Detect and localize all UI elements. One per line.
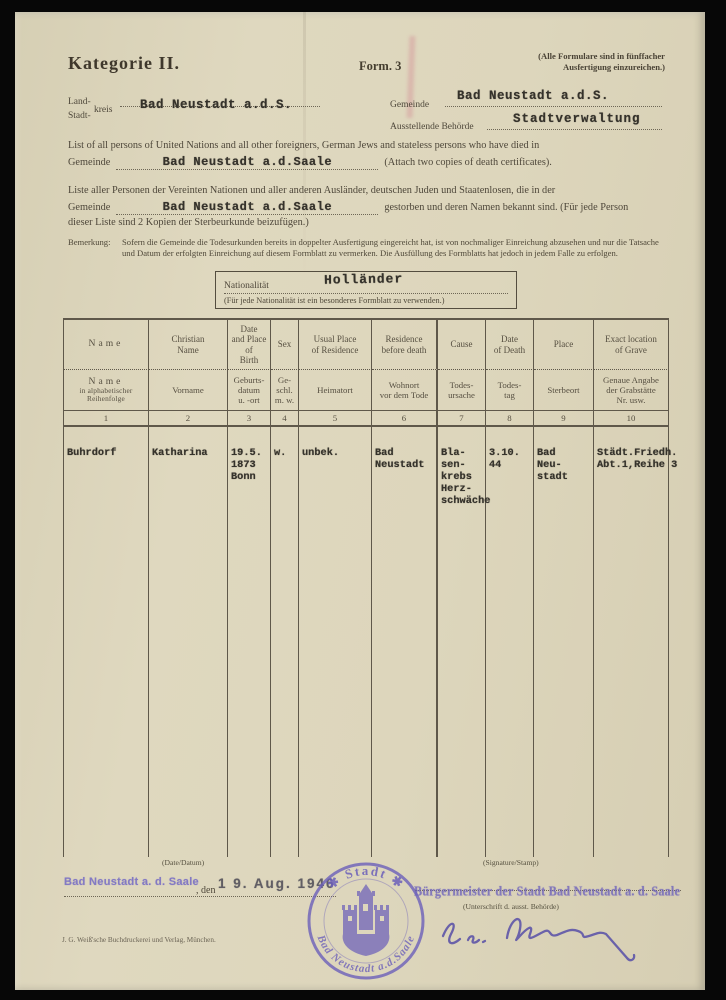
intro-english: List of all persons of United Nations an…	[68, 138, 664, 170]
date-datum-label: (Date/Datum)	[162, 858, 204, 867]
kreis-value: Bad Neustadt a.d.S.	[140, 98, 292, 112]
entry-sex: w.	[274, 447, 286, 459]
entry-death-place: Bad Neu- stadt	[537, 447, 568, 483]
header-num-cell: 4	[271, 411, 299, 427]
header-en-cell: Cause	[438, 320, 486, 370]
category-title: Kategorie II.	[68, 53, 180, 74]
nationality-value: Holländer	[324, 271, 403, 287]
intro-english-line1: List of all persons of United Nations an…	[68, 138, 664, 153]
gemeinde-value: Bad Neustadt a.d.S.	[457, 89, 609, 103]
form-document-paper: Kategorie II. Form. 3 (Alle Formulare si…	[15, 12, 705, 990]
printer-imprint: J. G. Weiß'sche Buchdruckerei und Verlag…	[62, 936, 216, 944]
intro-english-gemeinde-label: Gemeinde	[68, 155, 110, 170]
signature-stamp-label: (Signature/Stamp)	[483, 858, 539, 867]
intro-german-line3: dieser Liste sind 2 Kopien der Sterbeurk…	[68, 215, 664, 230]
intro-english-gemeinde-value: Bad Neustadt a.d.Saale	[163, 155, 332, 170]
nationality-box: Holländer Nationalität (Für jede Nationa…	[215, 271, 517, 309]
entry-grave: Städt.Friedh. Abt.1,Reihe 3	[597, 447, 677, 471]
header-en-cell: Sex	[271, 320, 299, 370]
body-cell-name: Buhrdorf	[64, 427, 149, 857]
gemeinde-fill-line	[445, 106, 662, 107]
header-de-cell: Todes- tag	[486, 370, 534, 411]
header-de-cell: Ge- schl. m. w.	[271, 370, 299, 411]
body-cell-residence: unbek.	[299, 427, 372, 857]
header-de-cell: Wohnort vor dem Tode	[372, 370, 438, 411]
intro-german-fill-line: Bad Neustadt a.d.Saale	[116, 199, 378, 215]
remark-block: Bemerkung: Sofern die Gemeinde die Todes…	[68, 237, 664, 258]
kreis-label-land: Land-	[68, 97, 91, 107]
copies-note-line1: (Alle Formulare sind in fünffacher	[538, 51, 665, 61]
place-stamp: Bad Neustadt a. d. Saale	[64, 876, 199, 888]
kreis-label-kreis: kreis	[94, 105, 112, 115]
header-de-cell: Geburts- datum u. -ort	[228, 370, 271, 411]
intro-german-gemeinde-label: Gemeinde	[68, 200, 110, 215]
entry-name: Buhrdorf	[67, 447, 116, 459]
intro-german-line1: Liste aller Personen der Vereinten Natio…	[68, 183, 664, 198]
header-en-cell: Usual Place of Residence	[299, 320, 372, 370]
entry-residence-before-death: Bad Neustadt	[375, 447, 424, 471]
header-en-cell: Place	[534, 320, 594, 370]
body-cell-grave: Städt.Friedh. Abt.1,Reihe 3	[594, 427, 669, 857]
header-de-cell: Genaue Angabe der Grabstätte Nr. usw.	[594, 370, 669, 411]
entry-cause: Bla- sen- krebs Herz- schwäche	[441, 447, 490, 507]
body-cell-residence-before-death: Bad Neustadt	[372, 427, 438, 857]
intro-german-gemeinde-value: Bad Neustadt a.d.Saale	[163, 200, 332, 215]
header-num-cell: 3	[228, 411, 271, 427]
kreis-field-label: Land- Stadt- kreis	[68, 97, 91, 121]
header-de-cell: Todes- ursache	[438, 370, 486, 411]
entry-birth: 19.5. 1873 Bonn	[231, 447, 262, 483]
header-de-name: Name	[89, 377, 124, 387]
header-num-cell: 10	[594, 411, 669, 427]
header-de-name-sub: in alphabetischer Reihenfolge	[79, 387, 132, 404]
remark-text: Sofern die Gemeinde die Todesurkunden be…	[122, 237, 659, 258]
nationality-label: Nationalität	[224, 281, 269, 291]
behoerde-value: Stadtverwaltung	[513, 112, 641, 126]
header-de-cell: Sterbeort	[534, 370, 594, 411]
behoerde-field-label: Ausstellende Behörde	[390, 122, 474, 132]
entry-death-date: 3.10. 44	[489, 447, 520, 471]
death-register-table: Name Christian Name Date and Place of Bi…	[63, 318, 669, 857]
kreis-label-stadt: Stadt-	[68, 111, 91, 121]
seal-castle-emblem	[342, 884, 389, 956]
intro-german-suffix: gestorben und deren Namen bekannt sind. …	[384, 200, 628, 215]
intro-english-fill-line: Bad Neustadt a.d.Saale	[116, 154, 378, 170]
gemeinde-field-label: Gemeinde	[390, 100, 429, 110]
header-de-cell: Vorname	[149, 370, 228, 411]
entry-residence: unbek.	[302, 447, 339, 459]
header-num-cell: 6	[372, 411, 438, 427]
body-cell-birth: 19.5. 1873 Bonn	[228, 427, 271, 857]
header-num-cell: 8	[486, 411, 534, 427]
body-cell-cause: Bla- sen- krebs Herz- schwäche	[438, 427, 486, 857]
header-en-cell: Exact location of Grave	[594, 320, 669, 370]
body-cell-christian-name: Katharina	[149, 427, 228, 857]
city-seal-stamp: ✱ Stadt ✱ Bad Neustadt a.d.Saale	[303, 858, 429, 984]
header-num-cell: 9	[534, 411, 594, 427]
remark-label: Bemerkung:	[68, 237, 110, 248]
intro-english-suffix: (Attach two copies of death certificates…	[384, 155, 552, 170]
copies-note-line2: Ausfertigung einzureichen.)	[563, 62, 665, 72]
body-cell-death-date: 3.10. 44	[486, 427, 534, 857]
body-cell-sex: w.	[271, 427, 299, 857]
header-de-cell: Name in alphabetischer Reihenfolge	[64, 370, 149, 411]
intro-german-line2: Gemeinde Bad Neustadt a.d.Saale gestorbe…	[68, 199, 664, 215]
header-num-cell: 2	[149, 411, 228, 427]
body-cell-death-place: Bad Neu- stadt	[534, 427, 594, 857]
behoerde-fill-line	[487, 129, 662, 130]
header-en-cell: Date and Place of Birth	[228, 320, 271, 370]
header-en-cell: Christian Name	[149, 320, 228, 370]
intro-german: Liste aller Personen der Vereinten Natio…	[68, 183, 664, 230]
header-de-cell: Heimatort	[299, 370, 372, 411]
header-num-cell: 5	[299, 411, 372, 427]
header-en-cell: Name	[64, 320, 149, 370]
intro-english-line2: Gemeinde Bad Neustadt a.d.Saale (Attach …	[68, 154, 664, 170]
entry-christian-name: Katharina	[152, 447, 208, 459]
form-number: Form. 3	[359, 59, 401, 74]
handwritten-signature	[423, 898, 678, 970]
header-en-cell: Date of Death	[486, 320, 534, 370]
nationality-note: (Für jede Nationalität ist ein besondere…	[224, 296, 445, 305]
den-label: , den	[196, 885, 215, 896]
date-fill-line	[64, 896, 336, 897]
copies-note: (Alle Formulare sind in fünffacher Ausfe…	[435, 51, 665, 72]
header-en-cell: Residence before death	[372, 320, 438, 370]
header-num-cell: 1	[64, 411, 149, 427]
header-num-cell: 7	[438, 411, 486, 427]
